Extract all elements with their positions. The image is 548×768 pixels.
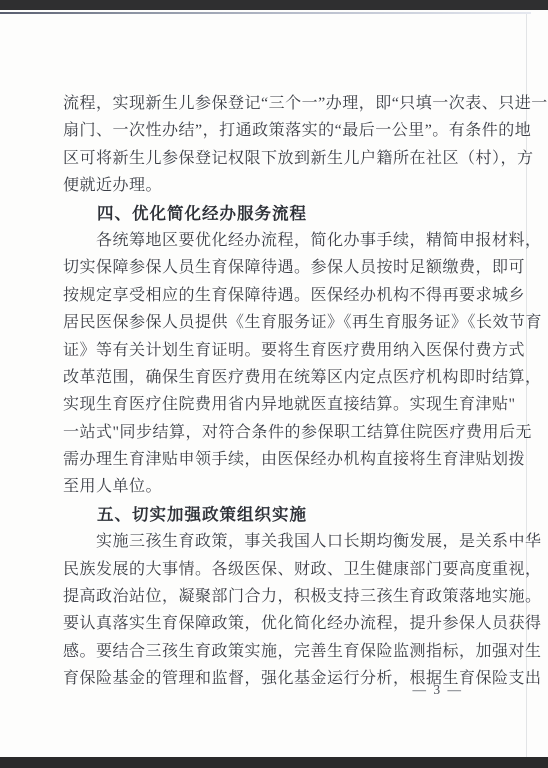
document-line: 民族发展的大事情。各级医保、财政、卫生健康部门要高度重视， bbox=[63, 556, 463, 583]
document-line: 实现生育医疗住院费用省内异地就医直接结算。实现生育津贴" bbox=[63, 391, 463, 418]
section-heading: 五、切实加强政策组织实施 bbox=[97, 501, 463, 528]
document-body: 流程，实现新生儿参保登记“三个一”办理，即“只填一次表、只进一扇门、一次性办结”… bbox=[63, 90, 463, 693]
document-line: 扇门、一次性办结”，打通政策落实的“最后一公里”。有条件的地 bbox=[63, 117, 463, 144]
document-line: 需办理生育津贴申领手续，由医保经办机构直接将生育津贴划拨 bbox=[63, 446, 463, 473]
document-line: 区可将新生儿参保登记权限下放到新生儿户籍所在社区（村），方 bbox=[63, 145, 463, 172]
document-line: 证》等有关计划生育证明。要将生育医疗费用纳入医保付费方式 bbox=[63, 337, 463, 364]
scanner-edge-top bbox=[0, 0, 548, 10]
document-line: 按规定享受相应的生育保障待遇。医保经办机构不得再要求城乡 bbox=[63, 282, 463, 309]
paragraph: 流程，实现新生儿参保登记“三个一”办理，即“只填一次表、只进一扇门、一次性办结”… bbox=[63, 90, 463, 200]
document-line: 实施三孩生育政策，事关我国人口长期均衡发展，是关系中华 bbox=[63, 528, 463, 555]
document-line: 要认真落实生育保障政策，优化简化经办流程，提升参保人员获得 bbox=[63, 610, 463, 637]
page-top-edge-artifact bbox=[0, 12, 531, 14]
document-line: 至用人单位。 bbox=[63, 473, 463, 500]
document-line: 居民医保参保人员提供《生育服务证》《再生育服务证》《长效节育 bbox=[63, 309, 463, 336]
scanner-edge-bottom bbox=[0, 757, 548, 768]
paragraph: 各统筹地区要优化经办流程，简化办事手续，精简申报材料，切实保障参保人员生育保障待… bbox=[63, 227, 463, 501]
section-heading: 四、优化简化经办服务流程 bbox=[97, 200, 463, 227]
document-line: 各统筹地区要优化经办流程，简化办事手续，精简申报材料， bbox=[63, 227, 463, 254]
document-line: 育保险基金的管理和监督，强化基金运行分析，根据生育保险支出 bbox=[63, 665, 463, 692]
document-line: 便就近办理。 bbox=[63, 172, 463, 199]
page-number: — 3 — bbox=[413, 682, 464, 698]
document-line: 提高政治站位，凝聚部门合力，积极支持三孩生育政策落地实施。 bbox=[63, 583, 463, 610]
document-line: 一站式"同步结算，对符合条件的参保职工结算住院医疗费用后无 bbox=[63, 419, 463, 446]
document-line: 流程，实现新生儿参保登记“三个一”办理，即“只填一次表、只进一 bbox=[63, 90, 463, 117]
document-line: 改革范围，确保生育医疗费用在统筹区内定点医疗机构即时结算， bbox=[63, 364, 463, 391]
scanned-document-page: 流程，实现新生儿参保登记“三个一”办理，即“只填一次表、只进一扇门、一次性办结”… bbox=[0, 0, 548, 768]
paragraph: 实施三孩生育政策，事关我国人口长期均衡发展，是关系中华民族发展的大事情。各级医保… bbox=[63, 528, 463, 692]
document-line: 感。要结合三孩生育政策实施，完善生育保险监测指标，加强对生 bbox=[63, 638, 463, 665]
document-line: 切实保障参保人员生育保障待遇。参保人员按时足额缴费，即可 bbox=[63, 254, 463, 281]
